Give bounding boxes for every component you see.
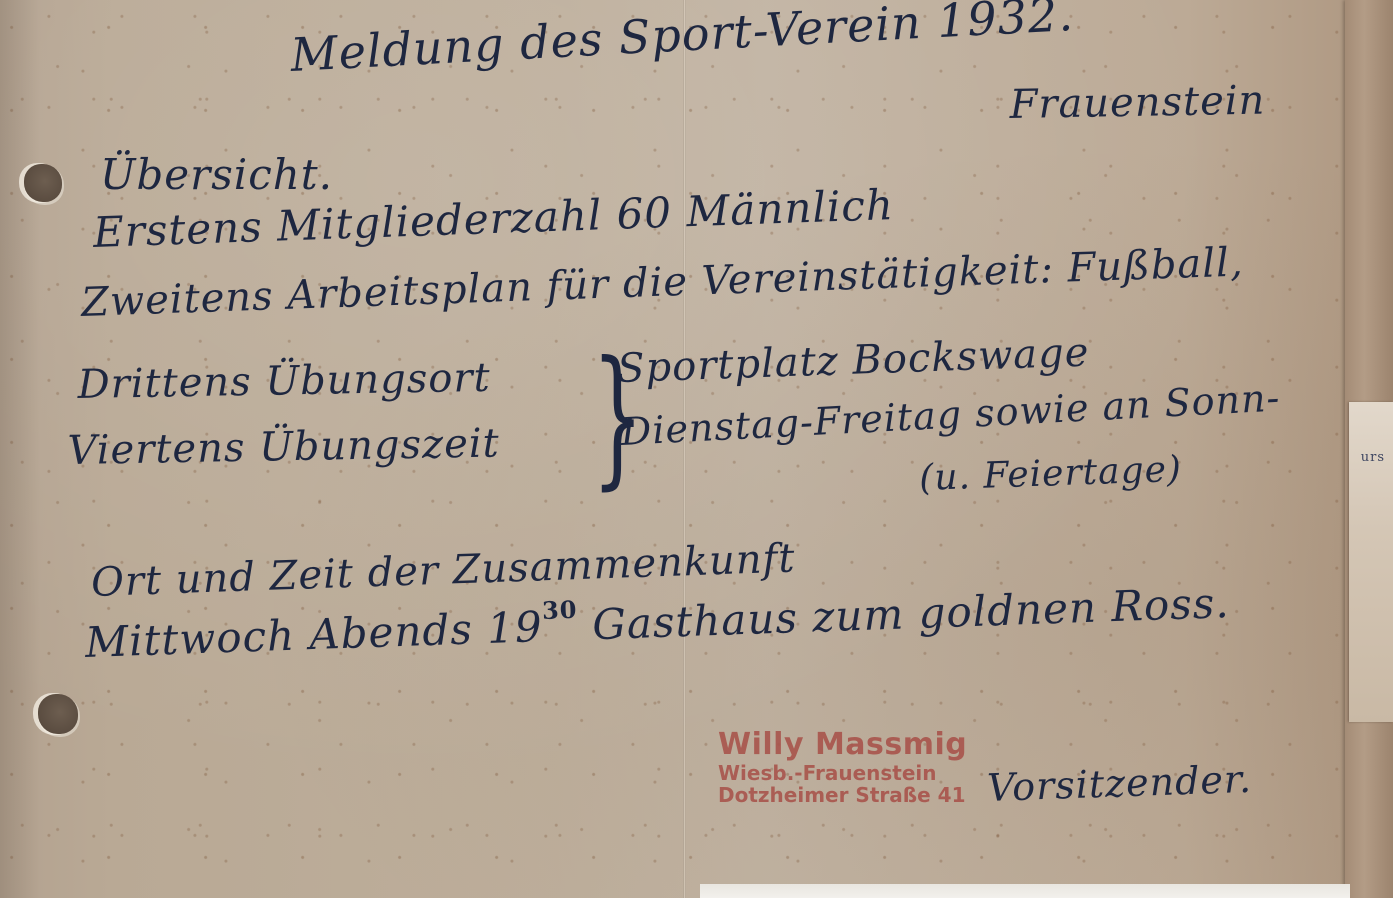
stamp-city: Wiesb.-Frauenstein (718, 762, 967, 784)
document-page: Meldung des Sport-Verein 1932. Frauenste… (0, 0, 1393, 898)
bottom-paper-strip (700, 884, 1350, 898)
item-3-label: Drittens (77, 359, 252, 408)
item-4-text: Übungszeit (259, 420, 500, 470)
meeting-location: Gasthaus zum goldnen Ross. (577, 578, 1230, 650)
stamp-street: Dotzheimer Straße 41 (718, 784, 967, 806)
item-3-training-place: Drittens Übungsort (77, 355, 491, 408)
paper-shadow-left (0, 0, 40, 898)
meeting-time-minutes: 30 (542, 595, 578, 625)
item-1-label: Erstens (92, 202, 263, 257)
item-2-text: Arbeitsplan für die Vereinstätigkeit: Fu… (287, 239, 1245, 318)
item-4-label: Viertens (67, 425, 246, 474)
training-place-value: Sportplatz Bockswage (616, 330, 1090, 392)
item-2-label: Zweitens (80, 273, 274, 326)
item-4-training-time: Viertens Übungszeit (67, 420, 500, 474)
rubber-stamp: Willy Massmig Wiesb.-Frauenstein Dotzhei… (718, 728, 967, 806)
overview-heading: Übersicht. (100, 150, 333, 199)
training-time-value-cont: (u. Feiertage) (919, 449, 1183, 499)
punch-hole-top (24, 164, 62, 202)
item-3-text: Übungsort (265, 355, 491, 405)
document-place: Frauenstein (1009, 78, 1266, 128)
item-1-text: Mitgliederzahl 60 Männlich (276, 180, 894, 251)
item-2-workplan: Zweitens Arbeitsplan für die Vereinstäti… (80, 239, 1244, 326)
meeting-day: Mittwoch Abends 19 (84, 602, 543, 667)
stamp-name: Willy Massmig (718, 728, 967, 762)
signature-role: Vorsitzender. (986, 757, 1252, 810)
edge-text-fragment: urs (1361, 450, 1385, 465)
punch-hole-bottom (38, 694, 78, 734)
